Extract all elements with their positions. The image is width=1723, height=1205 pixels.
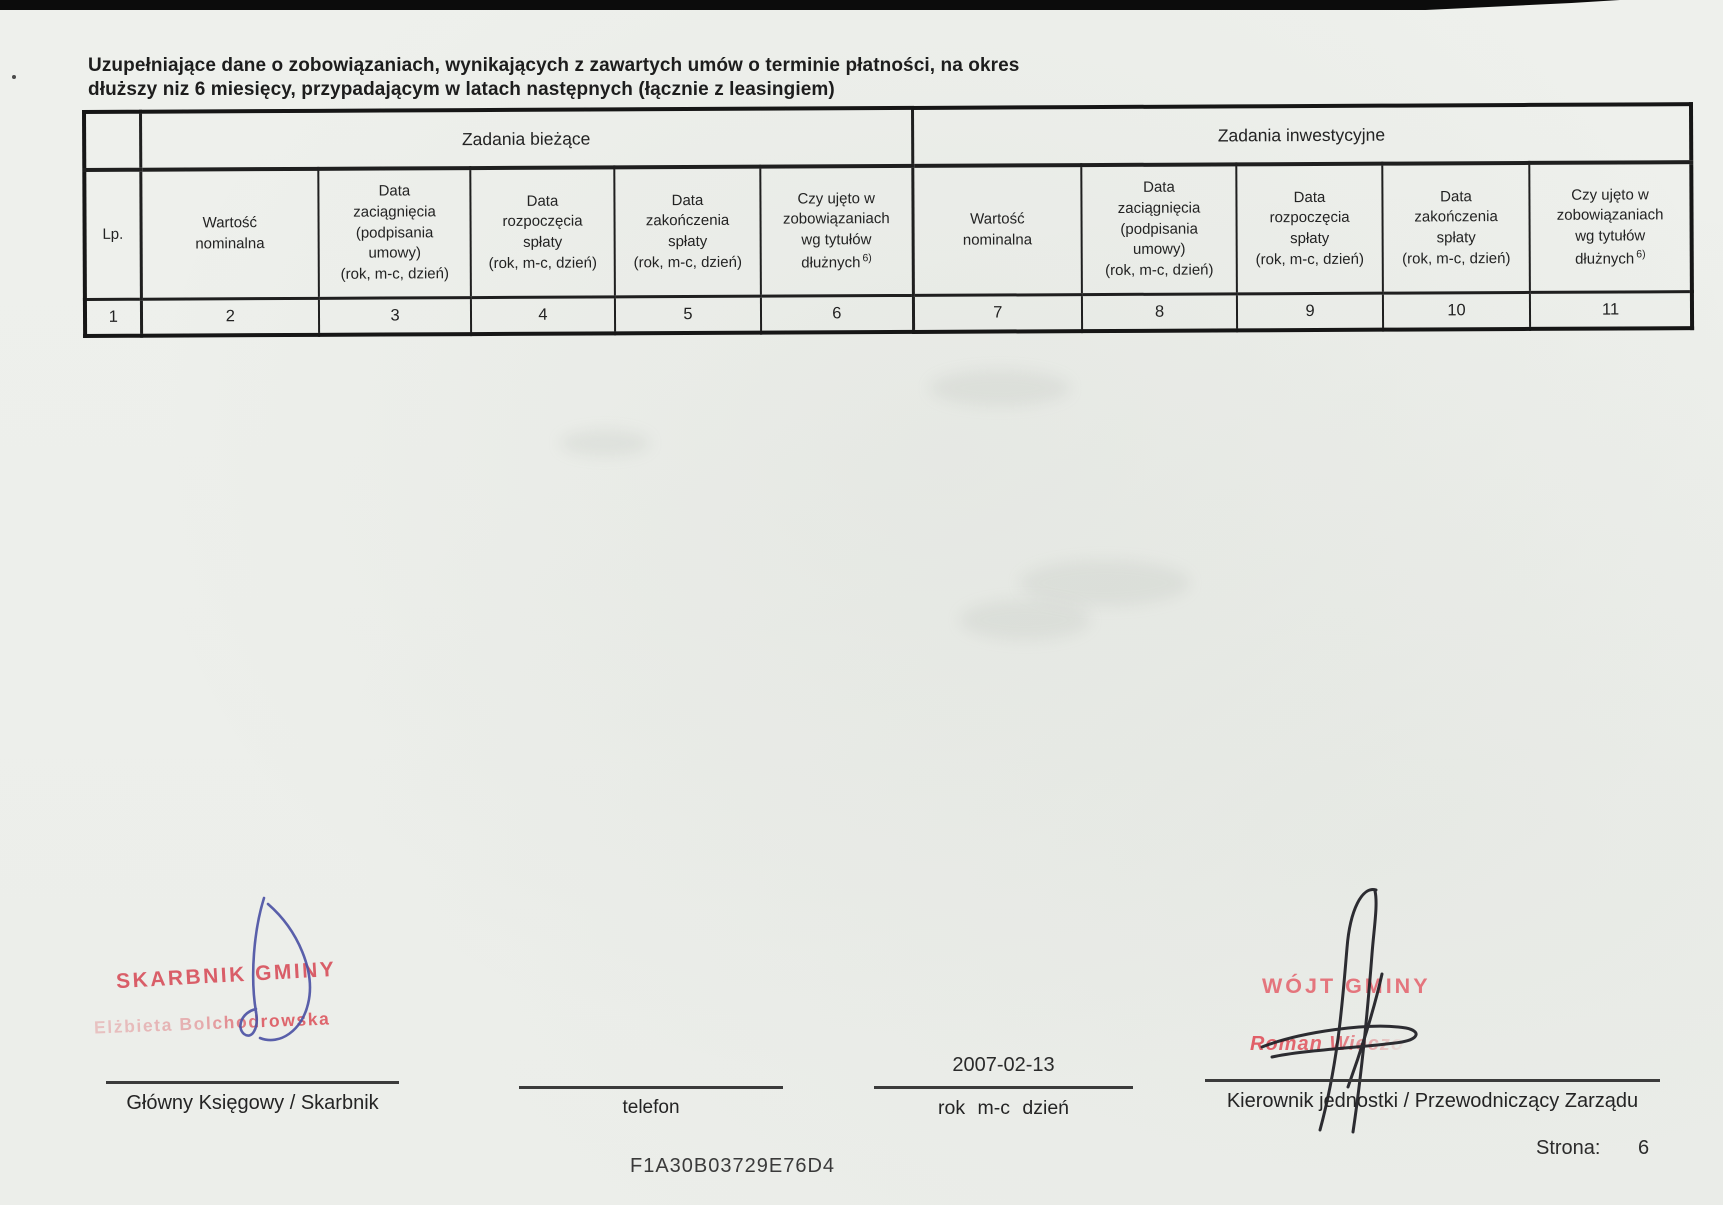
footnote-ref: 6) — [862, 252, 871, 264]
wojt-signature-line — [1205, 1079, 1660, 1082]
skarbnik-signature-line — [106, 1081, 399, 1084]
telefon-line — [519, 1086, 783, 1089]
page-number-label: Strona: — [1536, 1137, 1600, 1160]
skarbnik-role-label: Główny Księgowy / Skarbnik — [106, 1092, 399, 1115]
column-header-czy-ujeto-inwestycyjne: Czy ujęto w zobowiązaniach wg tytułów dł… — [1529, 162, 1692, 292]
column-header-rozpoczecia-inwestycyjne: Data rozpoczęcia spłaty (rok, m-c, dzień… — [1236, 164, 1383, 294]
page-title-line1: Uzupełniające dane o zobowiązaniach, wyn… — [88, 54, 1019, 78]
column-header-czy-ujeto-biezace: Czy ujęto w zobowiązaniach wg tytułów dł… — [760, 166, 913, 296]
date-line — [874, 1086, 1133, 1089]
obligations-table: Zadania bieżące Zadania inwestycyjne Lp.… — [82, 102, 1694, 338]
skarbnik-signature-ink — [212, 888, 347, 1068]
scan-edge-artifact — [0, 0, 1620, 10]
column-header-zakonczenia-biezace: Data zakończenia spłaty (rok, m-c, dzień… — [614, 167, 761, 297]
document-code: F1A30B03729E76D4 — [630, 1155, 835, 1178]
scanned-document-page: Uzupełniające dane o zobowiązaniach, wyn… — [0, 0, 1723, 1205]
column-number: 6 — [761, 295, 913, 332]
scan-smudge — [960, 600, 1090, 640]
corner-cell — [84, 112, 140, 170]
column-number: 8 — [1082, 294, 1237, 331]
date-format-label: rok m-c dzień — [874, 1097, 1133, 1120]
column-header-rozpoczecia-biezace: Data rozpoczęcia spłaty (rok, m-c, dzień… — [470, 167, 615, 297]
page-title: Uzupełniające dane o zobowiązaniach, wyn… — [88, 54, 1019, 102]
column-number: 9 — [1237, 293, 1383, 330]
czy-ujeto-text: Czy ujęto w zobowiązaniach wg tytułów dł… — [1557, 186, 1664, 267]
column-header-wartosc-inwestycyjne: Wartość nominalna — [912, 165, 1082, 295]
column-number: 4 — [471, 297, 615, 334]
telefon-label: telefon — [519, 1097, 783, 1119]
scan-dot-artifact — [12, 75, 16, 79]
date-value: 2007-02-13 — [874, 1054, 1133, 1077]
scan-smudge — [1020, 560, 1190, 606]
column-number: 11 — [1530, 292, 1692, 329]
scan-smudge — [930, 370, 1070, 406]
page-number-value: 6 — [1638, 1137, 1649, 1160]
group-header-zadania-biezace: Zadania bieżące — [140, 108, 912, 170]
obligations-table-wrapper: Zadania bieżące Zadania inwestycyjne Lp.… — [82, 102, 1694, 338]
column-number: 10 — [1383, 292, 1530, 329]
column-number: 7 — [913, 295, 1082, 332]
page-title-line2: dłuższy niz 6 miesięcy, przypadającym w … — [88, 78, 1019, 102]
column-header-zakonczenia-inwestycyjne: Data zakończenia spłaty (rok, m-c, dzień… — [1382, 163, 1530, 293]
column-header-zaciagniecia-inwestycyjne: Data zaciągnięcia (podpisania umowy) (ro… — [1081, 164, 1237, 294]
column-number: 5 — [615, 296, 761, 333]
group-header-zadania-inwestycyjne: Zadania inwestycyjne — [912, 104, 1691, 166]
column-header-zaciagniecia-biezace: Data zaciągnięcia (podpisania umowy) (ro… — [318, 168, 471, 298]
wojt-role-label: Kierownik jednostki / Przewodniczący Zar… — [1205, 1090, 1660, 1113]
scan-smudge — [560, 430, 650, 456]
footnote-ref: 6) — [1636, 248, 1645, 260]
column-header-wartosc-biezace: Wartość nominalna — [140, 169, 319, 299]
column-number: 1 — [85, 299, 141, 336]
czy-ujeto-text: Czy ujęto w zobowiązaniach wg tytułów dł… — [783, 190, 890, 271]
column-number: 2 — [141, 298, 319, 335]
column-number: 3 — [319, 298, 471, 335]
column-header-lp: Lp. — [84, 170, 141, 300]
